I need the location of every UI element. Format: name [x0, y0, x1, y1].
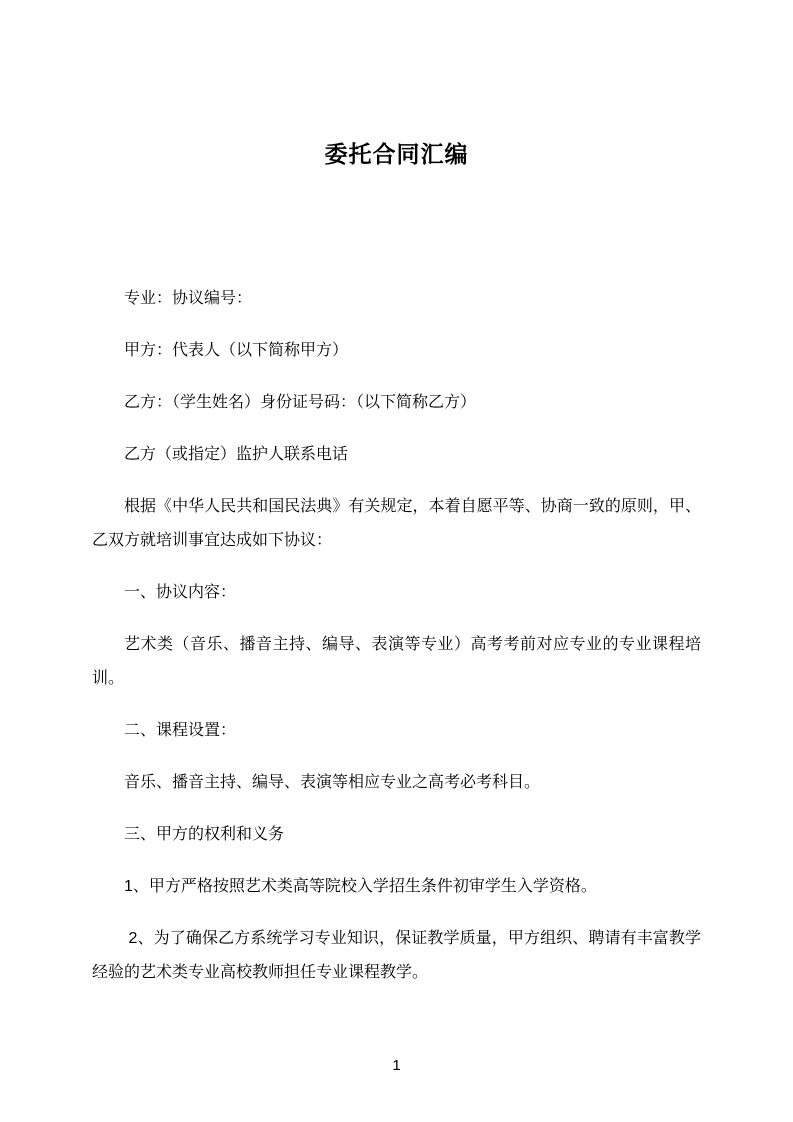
page-number: 1: [392, 1057, 400, 1074]
heading-section-3: 三、甲方的权利和义务: [92, 818, 701, 852]
para-preamble: 根据《中华人民共和国民法典》有关规定，本着自愿平等、协商一致的原则，甲、乙双方就…: [92, 490, 701, 558]
para-section-1-content: 艺术类（音乐、播音主持、编导、表演等专业）高考考前对应专业的专业课程培训。: [92, 628, 701, 696]
document-page: 委托合同汇编 专业：协议编号： 甲方：代表人（以下简称甲方） 乙方：（学生姓名）…: [0, 0, 793, 1122]
document-title: 委托合同汇编: [92, 139, 701, 169]
line-guardian-phone: 乙方（或指定）监护人联系电话: [92, 438, 701, 472]
para-clause-2: 2、为了确保乙方系统学习专业知识，保证教学质量，甲方组织、聘请有丰富教学经验的艺…: [92, 922, 701, 990]
document-body: 专业：协议编号： 甲方：代表人（以下简称甲方） 乙方：（学生姓名）身份证号码：（…: [92, 282, 701, 990]
heading-section-2: 二、课程设置：: [92, 714, 701, 748]
line-party-a: 甲方：代表人（以下简称甲方）: [92, 334, 701, 368]
heading-section-1: 一、协议内容：: [92, 576, 701, 610]
line-party-b: 乙方：（学生姓名）身份证号码：（以下简称乙方）: [92, 386, 701, 420]
para-clause-1: 1、甲方严格按照艺术类高等院校入学招生条件初审学生入学资格。: [92, 870, 701, 904]
line-agreement-number: 专业：协议编号：: [92, 282, 701, 316]
para-section-2-content: 音乐、播音主持、编导、表演等相应专业之高考必考科目。: [92, 766, 701, 800]
page-footer: 1: [0, 1057, 793, 1122]
